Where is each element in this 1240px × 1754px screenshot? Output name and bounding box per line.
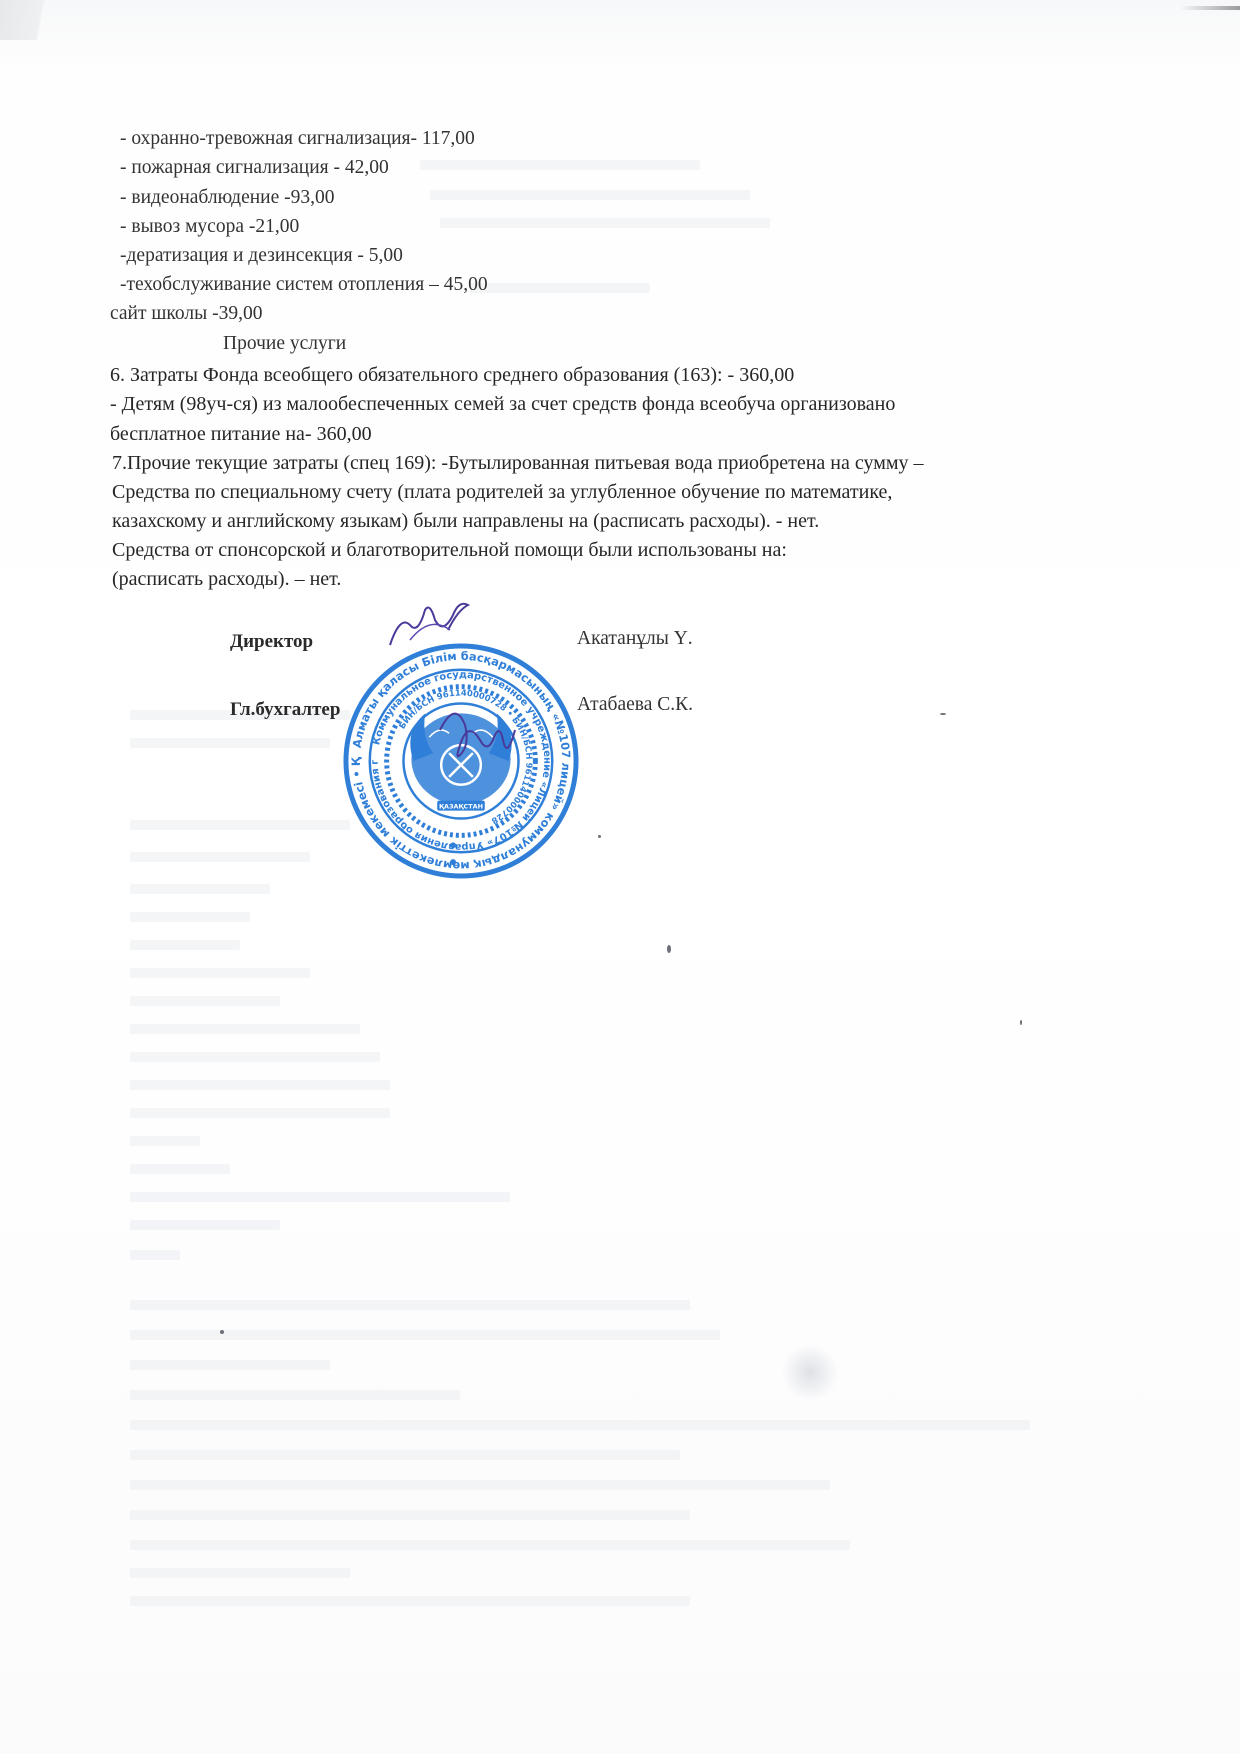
scan-edge-shadow: [0, 0, 100, 40]
section-6-title: 6. Затраты Фонда всеобщего обязательного…: [110, 363, 794, 387]
subheading-other-services: Прочие услуги: [223, 332, 346, 356]
section-6-line: бесплатное питание на- 360,00: [110, 422, 372, 446]
expense-item: - пожарная сигнализация - 42,00: [120, 156, 389, 180]
svg-text:ҚАЗАҚСТАН: ҚАЗАҚСТАН: [439, 803, 483, 811]
expense-item: -техобслуживание систем отопления – 45,0…: [120, 273, 488, 297]
section-7-line: казахскому и английскому языкам) были на…: [112, 509, 819, 533]
section-7-line: 7.Прочие текущие затраты (спец 169): -Бу…: [112, 451, 924, 475]
accountant-signature-icon: [430, 700, 530, 780]
expense-item: - охранно-тревожная сигнализация- 117,00: [120, 127, 475, 151]
section-7-line: (расписать расходы). – нет.: [112, 567, 341, 591]
expense-item: -дератизация и дезинсекция - 5,00: [120, 244, 403, 268]
expense-item: - видеонаблюдение -93,00: [120, 186, 335, 210]
director-title: Директор: [230, 630, 313, 654]
director-name: Акатанұлы Ү.: [577, 627, 693, 651]
accountant-name: Атабаева С.К.: [577, 693, 693, 717]
director-signature-icon: [380, 600, 500, 650]
section-6-line: - Детям (98уч-ся) из малообеспеченных се…: [110, 392, 895, 416]
expense-item: сайт школы -39,00: [110, 302, 262, 326]
scanned-page: - охранно-тревожная сигнализация- 117,00…: [0, 0, 1240, 1754]
section-7-line: Средства по специальному счету (плата ро…: [112, 480, 892, 504]
section-7-line: Средства от спонсорской и благотворитель…: [112, 538, 787, 562]
scan-edge-mark: [1180, 6, 1240, 10]
expense-item: - вывоз мусора -21,00: [120, 215, 299, 239]
accountant-title: Гл.бухгалтер: [230, 698, 340, 722]
